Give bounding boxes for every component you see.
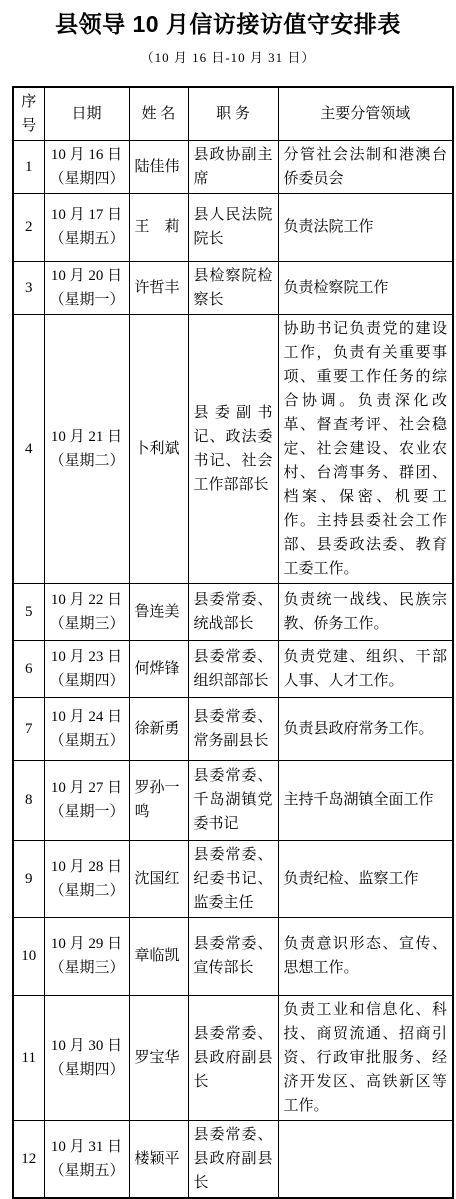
cell-date: 10 月 22 日（星期三） <box>44 583 129 640</box>
weekday-text: （星期四） <box>50 167 124 191</box>
date-text: 10 月 17 日 <box>50 203 124 227</box>
cell-position: 县委常委、组织部部长 <box>188 640 278 697</box>
table-row: 710 月 24 日（星期五）徐新勇县委常委、常务副县长负责县政府常务工作。 <box>13 697 453 760</box>
table-row: 310 月 20 日（星期一）许哲丰县检察院检察长负责检察院工作 <box>13 261 453 314</box>
date-text: 10 月 27 日 <box>50 776 124 800</box>
cell-position: 县政协副主席 <box>188 140 278 193</box>
cell-position: 县委常委、纪委书记、监委主任 <box>188 840 278 917</box>
table-header: 序号 日期 姓 名 职 务 主要分管领域 <box>13 87 453 141</box>
cell-position: 县委常委、县政府副县长 <box>188 1120 278 1198</box>
table-row: 1010 月 29 日（星期三）章临凯县委常委、宣传部长负责意识形态、宣传、思想… <box>13 917 453 995</box>
cell-domain: 负责党建、组织、干部人事、人才工作。 <box>278 640 453 697</box>
cell-name: 王 莉 <box>129 193 188 261</box>
cell-serial: 12 <box>13 1120 44 1198</box>
header-date: 日期 <box>44 87 129 141</box>
date-text: 10 月 28 日 <box>50 855 124 879</box>
table-row: 410 月 21 日（星期二）卜利斌县委副书记、政法委书记、社会工作部部长协助书… <box>13 314 453 583</box>
header-domain: 主要分管领域 <box>278 87 453 141</box>
cell-date: 10 月 20 日（星期一） <box>44 261 129 314</box>
cell-name: 章临凯 <box>129 917 188 995</box>
cell-domain: 负责工业和信息化、科技、商贸流通、招商引资、行政审批服务、经济开发区、高铁新区等… <box>278 995 453 1120</box>
date-text: 10 月 29 日 <box>50 932 124 956</box>
table-body: 110 月 16 日（星期四）陆佳伟县政协副主席分管社会法制和港澳台侨委员会21… <box>13 140 453 1198</box>
header-row: 序号 日期 姓 名 职 务 主要分管领域 <box>13 87 453 141</box>
weekday-text: （星期五） <box>50 729 124 753</box>
date-text: 10 月 21 日 <box>50 425 124 449</box>
cell-name: 罗宝华 <box>129 995 188 1120</box>
table-row: 1210 月 31 日（星期五）楼颖平县委常委、县政府副县长 <box>13 1120 453 1198</box>
cell-domain: 负责法院工作 <box>278 193 453 261</box>
cell-date: 10 月 29 日（星期三） <box>44 917 129 995</box>
cell-position: 县委常委、统战部长 <box>188 583 278 640</box>
weekday-text: （星期三） <box>50 956 124 980</box>
cell-name: 沈国红 <box>129 840 188 917</box>
cell-domain: 负责检察院工作 <box>278 261 453 314</box>
cell-name: 许哲丰 <box>129 261 188 314</box>
date-text: 10 月 30 日 <box>50 1034 124 1058</box>
date-text: 10 月 31 日 <box>50 1135 124 1159</box>
header-serial: 序号 <box>13 87 44 141</box>
table-row: 510 月 22 日（星期三）鲁连美县委常委、统战部长负责统一战线、民族宗教、侨… <box>13 583 453 640</box>
cell-domain: 协助书记负责党的建设工作，负责有关重要事项、重要工作任务的综合协调。负责深化改革… <box>278 314 453 583</box>
table-row: 810 月 27 日（星期一）罗孙一鸣县委常委、千岛湖镇党委书记主持千岛湖镇全面… <box>13 760 453 840</box>
cell-date: 10 月 16 日（星期四） <box>44 140 129 193</box>
date-text: 10 月 23 日 <box>50 645 124 669</box>
cell-name: 卜利斌 <box>129 314 188 583</box>
cell-date: 10 月 17 日（星期五） <box>44 193 129 261</box>
cell-position: 县委常委、常务副县长 <box>188 697 278 760</box>
page-title: 县领导 10 月信访接访值守安排表 <box>0 10 456 39</box>
cell-date: 10 月 24 日（星期五） <box>44 697 129 760</box>
header-position: 职 务 <box>188 87 278 141</box>
cell-serial: 6 <box>13 640 44 697</box>
weekday-text: （星期四） <box>50 669 124 693</box>
document-page: 县领导 10 月信访接访值守安排表 （10 月 16 日-10 月 31 日） … <box>0 0 456 1199</box>
cell-domain: 分管社会法制和港澳台侨委员会 <box>278 140 453 193</box>
weekday-text: （星期四） <box>50 1058 124 1082</box>
table-row: 610 月 23 日（星期四）何烨锋县委常委、组织部部长负责党建、组织、干部人事… <box>13 640 453 697</box>
date-text: 10 月 20 日 <box>50 264 124 288</box>
table-row: 910 月 28 日（星期二）沈国红县委常委、纪委书记、监委主任负责纪检、监察工… <box>13 840 453 917</box>
date-text: 10 月 24 日 <box>50 705 124 729</box>
weekday-text: （星期二） <box>50 449 124 473</box>
cell-serial: 5 <box>13 583 44 640</box>
date-text: 10 月 22 日 <box>50 588 124 612</box>
cell-domain: 负责意识形态、宣传、思想工作。 <box>278 917 453 995</box>
cell-serial: 2 <box>13 193 44 261</box>
cell-name: 徐新勇 <box>129 697 188 760</box>
cell-position: 县人民法院院长 <box>188 193 278 261</box>
cell-name: 鲁连美 <box>129 583 188 640</box>
cell-domain: 负责纪检、监察工作 <box>278 840 453 917</box>
cell-serial: 4 <box>13 314 44 583</box>
weekday-text: （星期二） <box>50 879 124 903</box>
table-row: 1110 月 30 日（星期四）罗宝华县委常委、县政府副县长负责工业和信息化、科… <box>13 995 453 1120</box>
date-text: 10 月 16 日 <box>50 143 124 167</box>
cell-position: 县检察院检察长 <box>188 261 278 314</box>
weekday-text: （星期五） <box>50 1159 124 1183</box>
cell-serial: 1 <box>13 140 44 193</box>
weekday-text: （星期三） <box>50 612 124 636</box>
cell-date: 10 月 30 日（星期四） <box>44 995 129 1120</box>
cell-date: 10 月 23 日（星期四） <box>44 640 129 697</box>
table-row: 110 月 16 日（星期四）陆佳伟县政协副主席分管社会法制和港澳台侨委员会 <box>13 140 453 193</box>
cell-name: 陆佳伟 <box>129 140 188 193</box>
cell-serial: 3 <box>13 261 44 314</box>
cell-domain: 负责县政府常务工作。 <box>278 697 453 760</box>
cell-domain <box>278 1120 453 1198</box>
cell-name: 何烨锋 <box>129 640 188 697</box>
cell-position: 县委常委、宣传部长 <box>188 917 278 995</box>
weekday-text: （星期一） <box>50 800 124 824</box>
duty-schedule-table: 序号 日期 姓 名 职 务 主要分管领域 110 月 16 日（星期四）陆佳伟县… <box>12 86 454 1199</box>
cell-serial: 11 <box>13 995 44 1120</box>
cell-date: 10 月 21 日（星期二） <box>44 314 129 583</box>
cell-serial: 9 <box>13 840 44 917</box>
header-name: 姓 名 <box>129 87 188 141</box>
cell-serial: 8 <box>13 760 44 840</box>
cell-name: 楼颖平 <box>129 1120 188 1198</box>
cell-position: 县委常委、千岛湖镇党委书记 <box>188 760 278 840</box>
cell-position: 县委常委、县政府副县长 <box>188 995 278 1120</box>
cell-name: 罗孙一鸣 <box>129 760 188 840</box>
cell-date: 10 月 28 日（星期二） <box>44 840 129 917</box>
page-subtitle: （10 月 16 日-10 月 31 日） <box>0 47 456 66</box>
cell-serial: 7 <box>13 697 44 760</box>
weekday-text: （星期五） <box>50 227 124 251</box>
table-row: 210 月 17 日（星期五）王 莉县人民法院院长负责法院工作 <box>13 193 453 261</box>
weekday-text: （星期一） <box>50 288 124 312</box>
cell-domain: 负责统一战线、民族宗教、侨务工作。 <box>278 583 453 640</box>
cell-domain: 主持千岛湖镇全面工作 <box>278 760 453 840</box>
cell-date: 10 月 31 日（星期五） <box>44 1120 129 1198</box>
cell-date: 10 月 27 日（星期一） <box>44 760 129 840</box>
cell-position: 县委副书记、政法委书记、社会工作部部长 <box>188 314 278 583</box>
cell-serial: 10 <box>13 917 44 995</box>
